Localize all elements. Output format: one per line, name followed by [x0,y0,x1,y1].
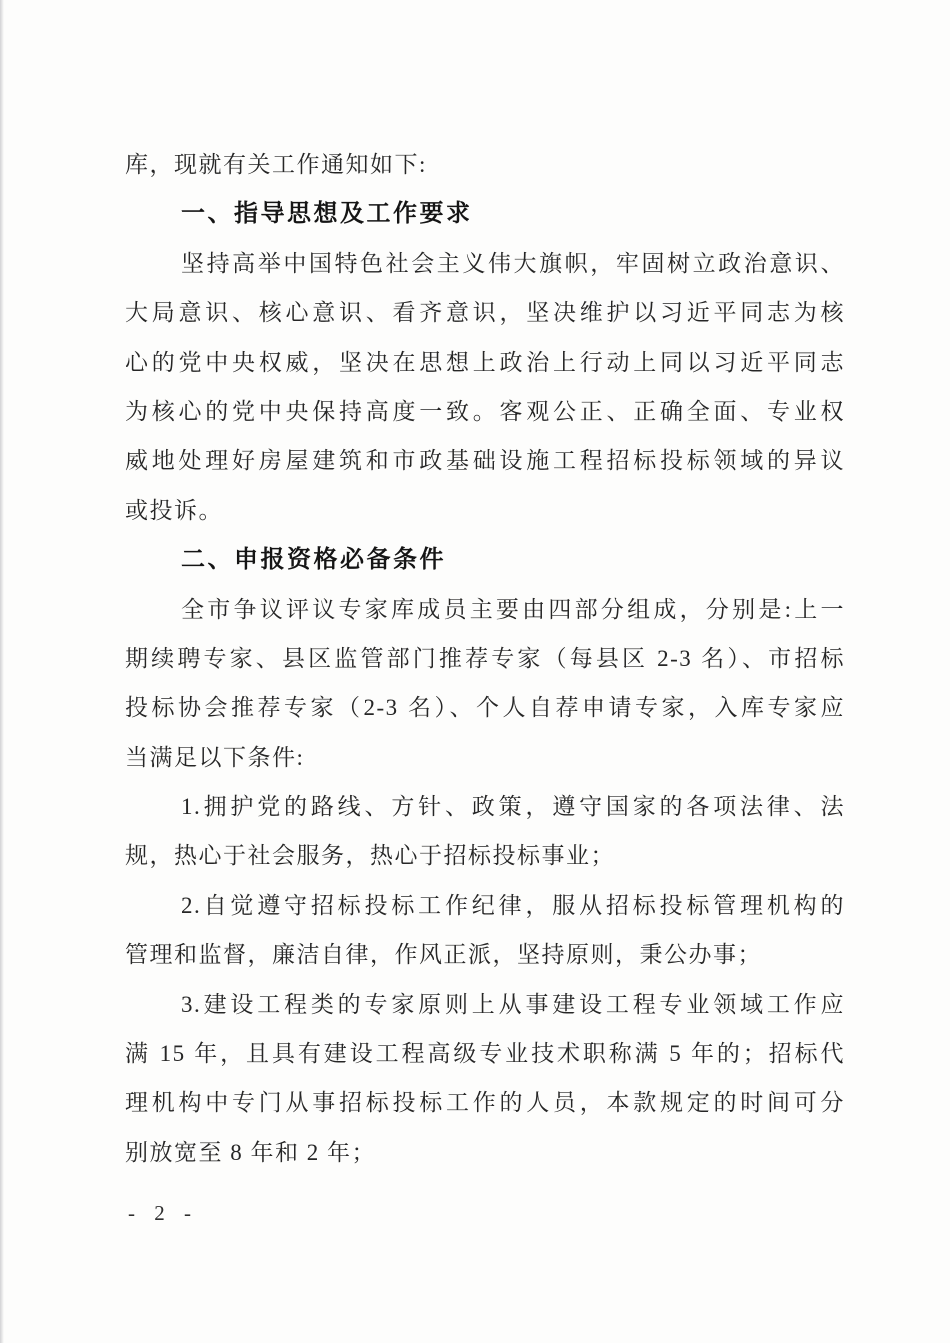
document-page: 库，现就有关工作通知如下: 一、指导思想及工作要求 坚持高举中国特色社会主义伟大… [0,0,950,1343]
text-line: 为核心的党中央保持高度一致。客观公正、正确全面、专业权 [125,387,845,436]
list-item-2: 2.自觉遵守招标投标工作纪律，服从招标投标管理机构的 [125,881,845,930]
text-line: 或投诉。 [125,486,845,535]
scan-edge-artifact [0,0,4,1343]
text-line: 满 15 年，且具有建设工程高级专业技术职称满 5 年的；招标代 [125,1029,845,1078]
text-line: 全市争议评议专家库成员主要由四部分组成，分别是:上一 [125,585,845,634]
text-line: 威地处理好房屋建筑和市政基础设施工程招标投标领域的异议 [125,436,845,485]
page-number: - 2 - [128,1198,198,1228]
text-line: 心的党中央权威，坚决在思想上政治上行动上同以习近平同志 [125,338,845,387]
text-line: 理机构中专门从事招标投标工作的人员，本款规定的时间可分 [125,1078,845,1127]
text-line: 管理和监督，廉洁自律，作风正派，坚持原则，秉公办事； [125,930,845,979]
text-line: 库，现就有关工作通知如下: [125,140,845,189]
text-line: 坚持高举中国特色社会主义伟大旗帜，牢固树立政治意识、 [125,239,845,288]
document-body: 库，现就有关工作通知如下: 一、指导思想及工作要求 坚持高举中国特色社会主义伟大… [125,140,845,1177]
text-line: 别放宽至 8 年和 2 年； [125,1128,845,1177]
text-line: 投标协会推荐专家（2-3 名）、个人自荐申请专家，入库专家应 [125,683,845,732]
section-heading-2: 二、申报资格必备条件 [125,535,845,584]
text-line: 大局意识、核心意识、看齐意识，坚决维护以习近平同志为核 [125,288,845,337]
list-item-1: 1.拥护党的路线、方针、政策，遵守国家的各项法律、法 [125,782,845,831]
list-item-3: 3.建设工程类的专家原则上从事建设工程专业领域工作应 [125,980,845,1029]
text-line: 期续聘专家、县区监管部门推荐专家（每县区 2-3 名）、市招标 [125,634,845,683]
section-heading-1: 一、指导思想及工作要求 [125,189,845,238]
text-line: 当满足以下条件: [125,733,845,782]
text-line: 规，热心于社会服务，热心于招标投标事业； [125,831,845,880]
